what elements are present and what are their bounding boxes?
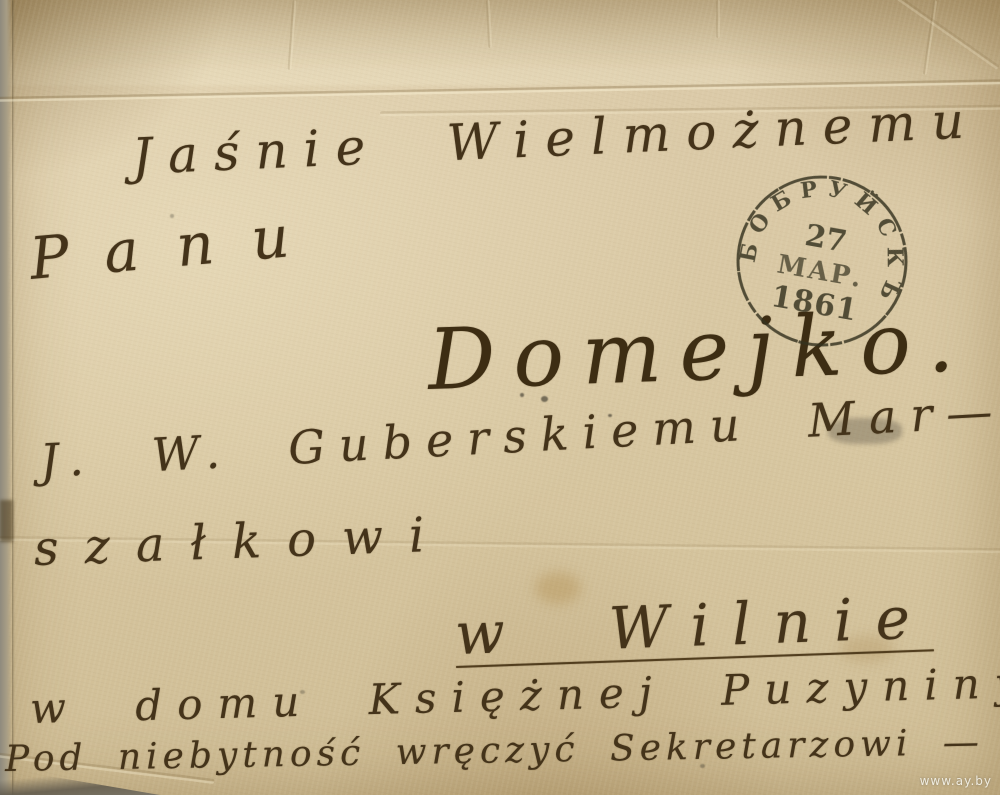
postmark-stamp: БОБРУЙСКЪ. 27 МАР. 1861 — [719, 158, 925, 364]
address-line-honorific: Jaśnie Wielmożnemu — [131, 95, 981, 182]
crease-vertical-1 — [288, 0, 297, 70]
crease-vertical-2 — [486, 0, 493, 48]
postmark-day: 27 — [802, 218, 849, 260]
envelope-photo: Jaśnie Wielmożnemu Panu Domejko. J. W. G… — [0, 0, 1000, 795]
address-city: w Wilnie — [454, 588, 934, 663]
background-edge-left — [0, 0, 12, 795]
watermark-text: www.ay.by — [920, 774, 992, 788]
address-delivery-note: Pod niebytność wręczyć Sekretarzowi — — [5, 725, 984, 778]
address-house: w domu Księżnej Puzyniny — [29, 662, 1000, 730]
crease-vertical-3 — [716, 0, 720, 38]
tear-mark-left-edge — [0, 500, 13, 542]
crease-vertical-4 — [923, 0, 937, 75]
address-line-marshal-2: szałkowi — [33, 510, 451, 573]
crease-corner-top-right — [890, 0, 999, 70]
address-line-title: Panu — [27, 204, 329, 288]
